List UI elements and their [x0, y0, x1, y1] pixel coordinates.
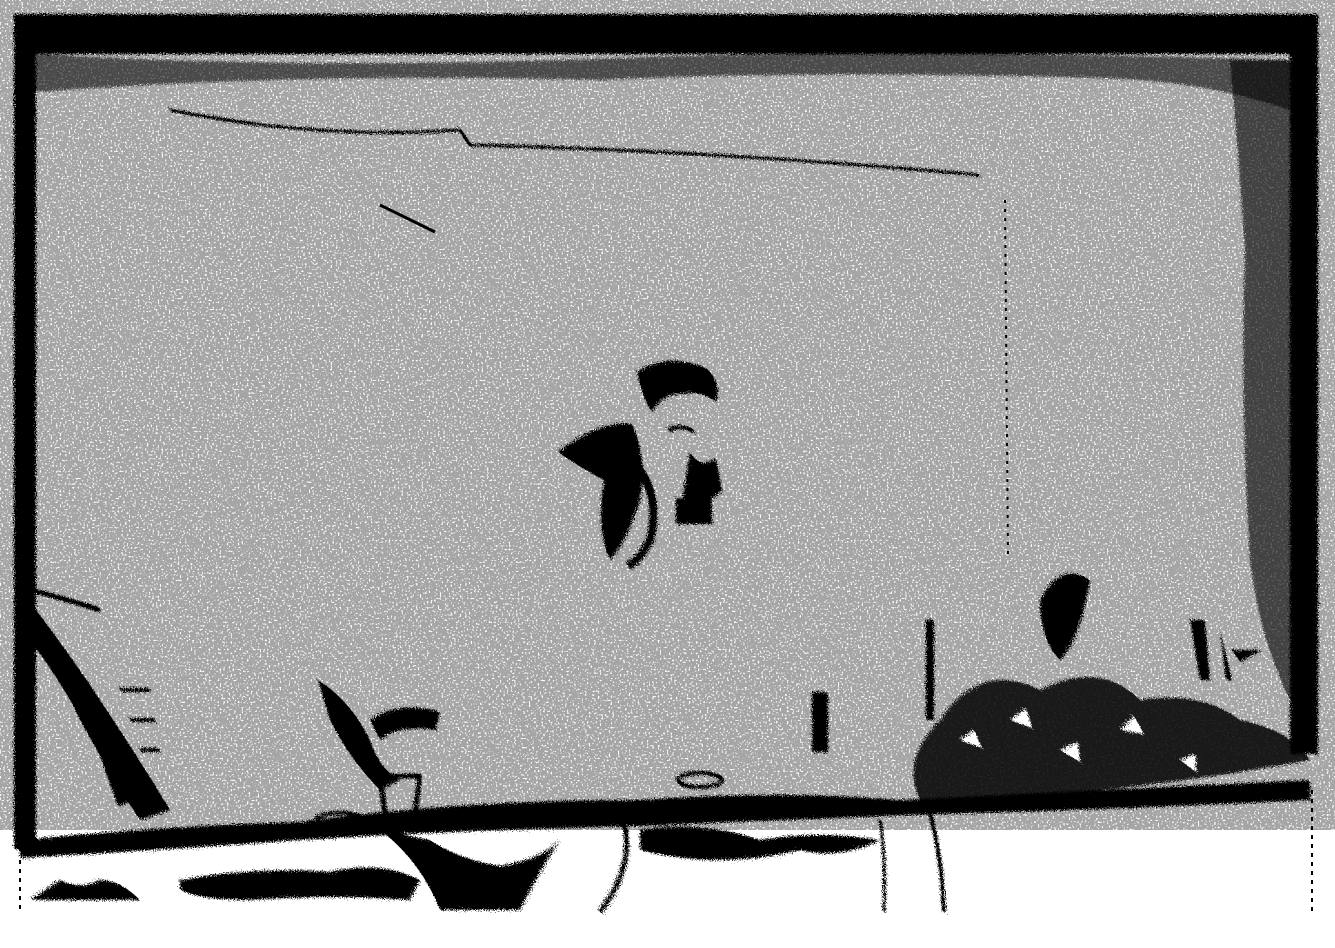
- grain-texture: [40, 60, 1280, 760]
- photocopy-photograph: [0, 0, 1335, 948]
